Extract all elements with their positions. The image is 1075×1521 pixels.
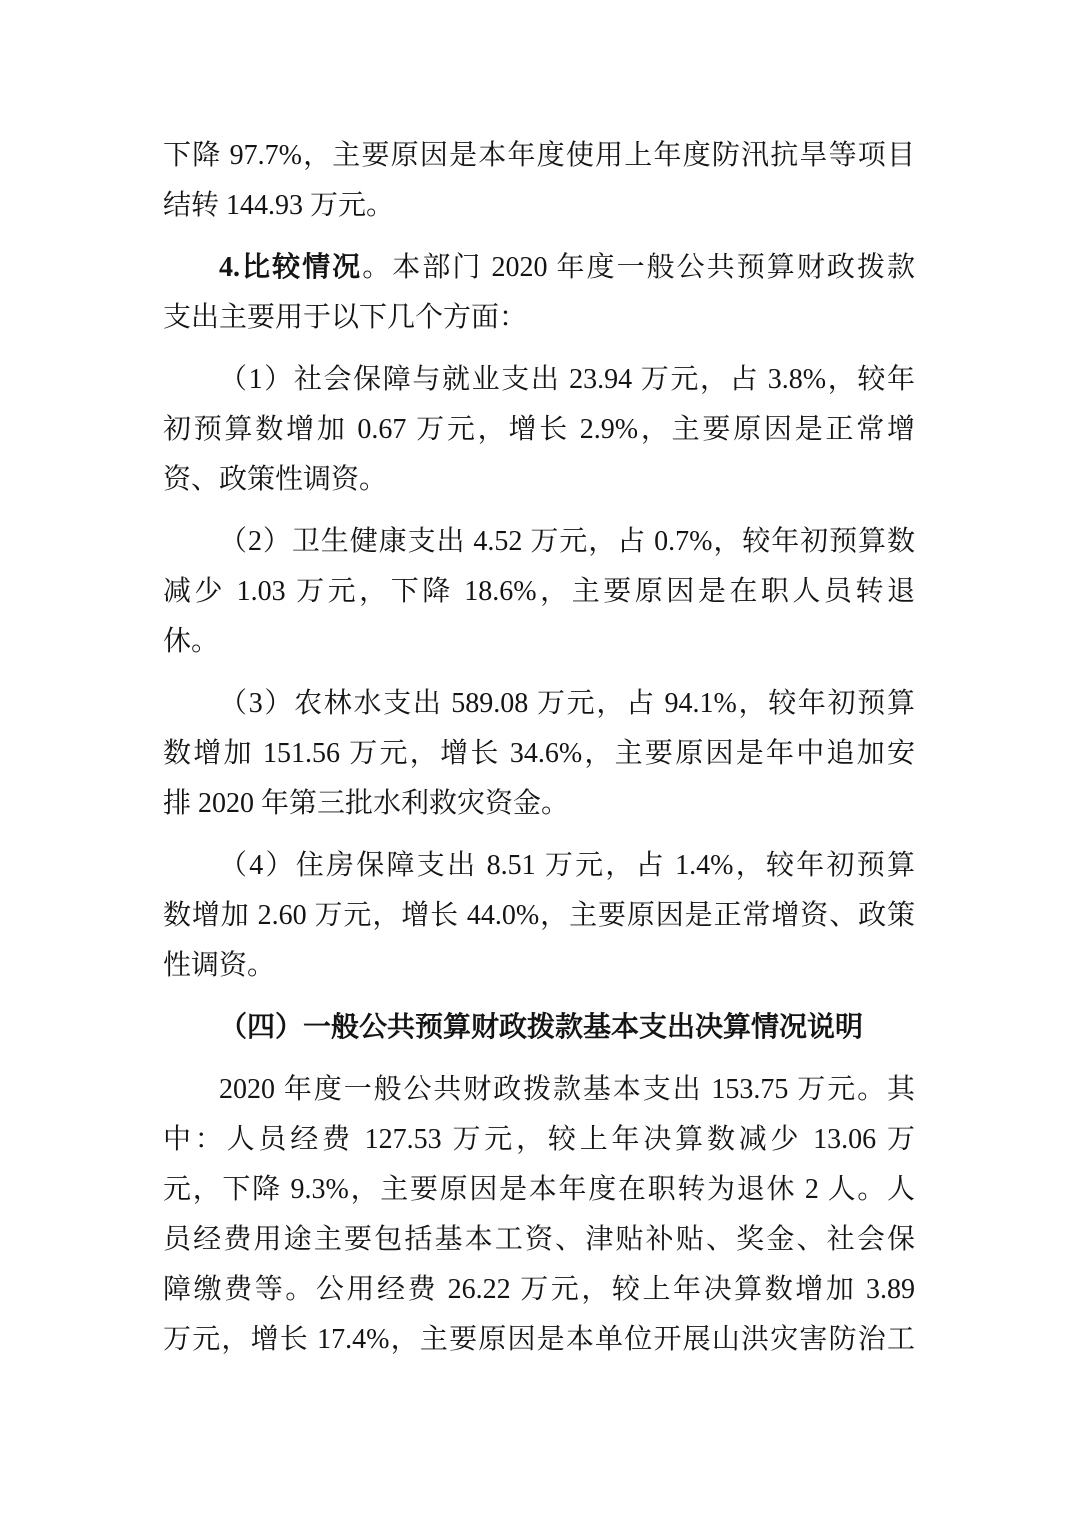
text-line: 初预算数增加 0.67 万元，增长 2.9%，主要原因是正常增 — [163, 405, 915, 455]
text-line: 数增加 151.56 万元，增长 34.6%，主要原因是年中追加安 — [163, 729, 915, 779]
text-line: 2020 年度一般公共财政拨款基本支出 153.75 万元。其 — [163, 1065, 915, 1115]
text-line: （4）住房保障支出 8.51 万元，占 1.4%，较年初预算 — [163, 841, 915, 891]
section-heading-basic-expenditure: （四）一般公共预算财政拨款基本支出决算情况说明 — [163, 1003, 915, 1053]
comparison-lead-rest: 。本部门 2020 年度一般公共预算财政拨款 — [362, 252, 915, 283]
text-line: （3）农林水支出 589.08 万元，占 94.1%，较年初预算 — [163, 679, 915, 729]
text-line: 障缴费等。公用经费 26.22 万元，较上年决算数增加 3.89 — [163, 1265, 915, 1315]
comparison-bold-lead: 4.比较情况 — [219, 252, 362, 283]
paragraph-item3-agriculture-water: （3）农林水支出 589.08 万元，占 94.1%，较年初预算 数增加 151… — [163, 679, 915, 829]
text-line: 中：人员经费 127.53 万元，较上年决算数减少 13.06 万 — [163, 1115, 915, 1165]
text-line: 资、政策性调资。 — [163, 455, 915, 505]
text-line: 减少 1.03 万元，下降 18.6%，主要原因是在职人员转退 — [163, 567, 915, 617]
paragraph-item4-housing: （4）住房保障支出 8.51 万元，占 1.4%，较年初预算 数增加 2.60 … — [163, 841, 915, 991]
text-line: 支出主要用于以下几个方面： — [163, 293, 915, 343]
paragraph-item1-social-security: （1）社会保障与就业支出 23.94 万元，占 3.8%，较年 初预算数增加 0… — [163, 355, 915, 505]
text-line: 员经费用途主要包括基本工资、津贴补贴、奖金、社会保 — [163, 1215, 915, 1265]
text-line: 休。 — [163, 617, 915, 667]
text-line: 性调资。 — [163, 941, 915, 991]
heading-text: （四）一般公共预算财政拨款基本支出决算情况说明 — [163, 1003, 915, 1053]
text-line: （2）卫生健康支出 4.52 万元，占 0.7%，较年初预算数 — [163, 517, 915, 567]
text-line: 元，下降 9.3%，主要原因是本年度在职转为退休 2 人。人 — [163, 1165, 915, 1215]
text-line: 结转 144.93 万元。 — [163, 181, 915, 231]
text-line: 下降 97.7%，主要原因是本年度使用上年度防汛抗旱等项目 — [163, 131, 915, 181]
paragraph-continuation: 下降 97.7%，主要原因是本年度使用上年度防汛抗旱等项目 结转 144.93 … — [163, 131, 915, 231]
paragraph-comparison-intro: 4.比较情况。本部门 2020 年度一般公共预算财政拨款 支出主要用于以下几个方… — [163, 243, 915, 343]
document-page: 下降 97.7%，主要原因是本年度使用上年度防汛抗旱等项目 结转 144.93 … — [0, 0, 1075, 1521]
text-line: 4.比较情况。本部门 2020 年度一般公共预算财政拨款 — [163, 243, 915, 293]
paragraph-item2-health: （2）卫生健康支出 4.52 万元，占 0.7%，较年初预算数 减少 1.03 … — [163, 517, 915, 667]
text-line: 数增加 2.60 万元，增长 44.0%，主要原因是正常增资、政策 — [163, 891, 915, 941]
text-line: 万元，增长 17.4%，主要原因是本单位开展山洪灾害防治工 — [163, 1315, 915, 1365]
paragraph-basic-expenditure-detail: 2020 年度一般公共财政拨款基本支出 153.75 万元。其 中：人员经费 1… — [163, 1065, 915, 1365]
text-line: （1）社会保障与就业支出 23.94 万元，占 3.8%，较年 — [163, 355, 915, 405]
text-line: 排 2020 年第三批水利救灾资金。 — [163, 779, 915, 829]
